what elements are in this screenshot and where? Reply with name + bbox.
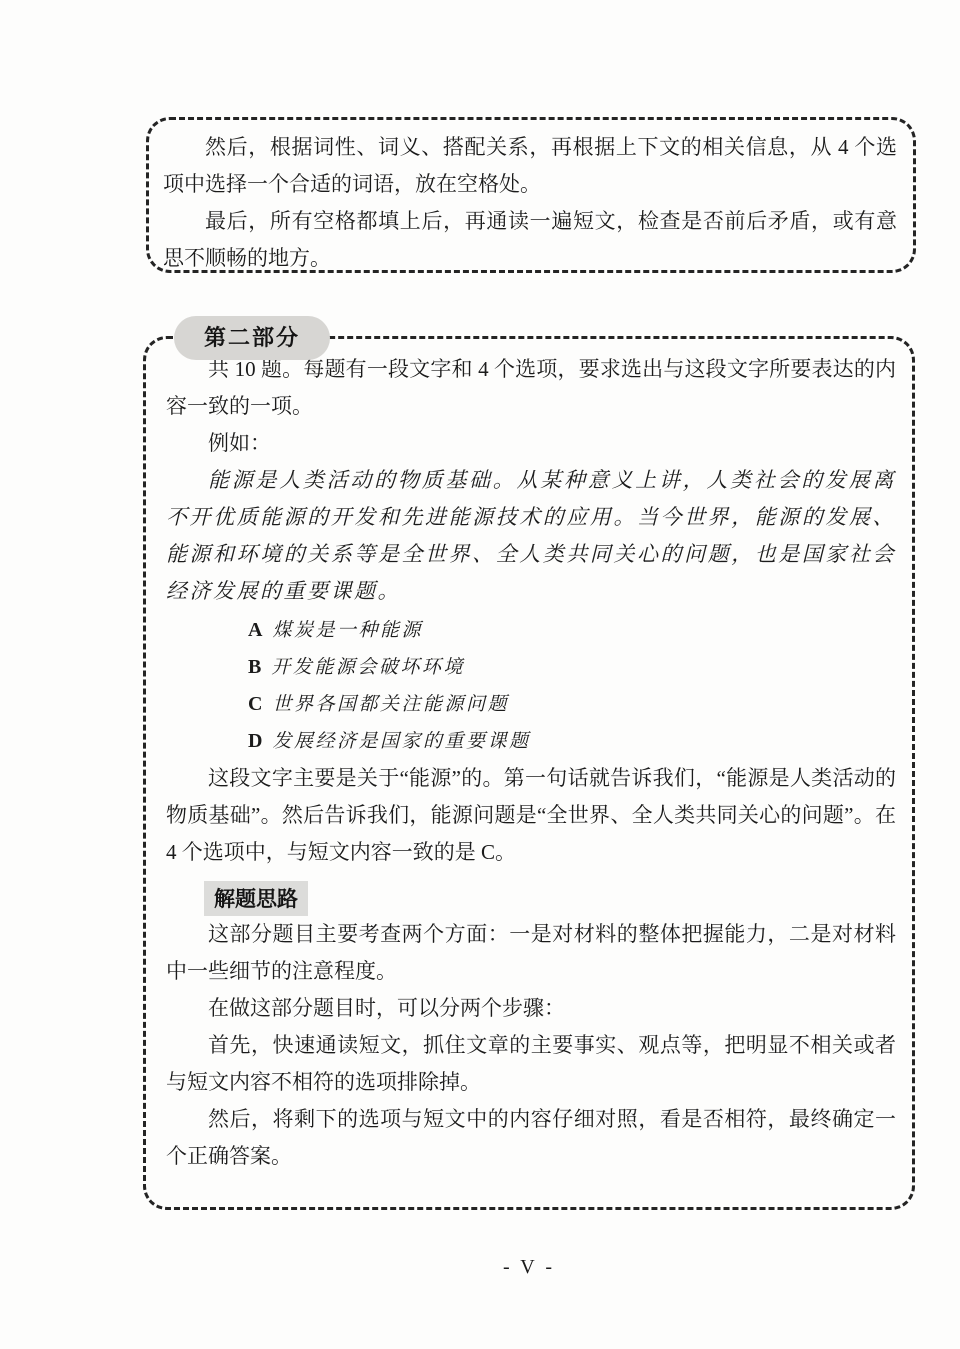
option-text: 发展经济是国家的重要课题 (272, 731, 530, 752)
scanned-book-page: 然后，根据词性、词义、搭配关系，再根据上下文的相关信息，从 4 个选项中选择一个… (0, 0, 960, 1349)
option-text: 煤炭是一种能源 (272, 620, 423, 641)
solving-approach-paragraph: 在做这部分题目时，可以分两个步骤： (166, 990, 896, 1027)
solving-approach-heading: 解题思路 (204, 881, 308, 916)
word-fill-tips-box: 然后，根据词性、词义、搭配关系，再根据上下文的相关信息，从 4 个选项中选择一个… (146, 117, 916, 273)
solving-approach-paragraph: 这部分题目主要考查两个方面：一是对材料的整体把握能力，二是对材料中一些细节的注意… (166, 916, 896, 990)
option-letter: C (248, 693, 262, 715)
part2-intro-paragraph: 共 10 题。每题有一段文字和 4 个选项，要求选出与这段文字所要表达的内容一致… (166, 351, 896, 425)
tips-paragraph: 最后，所有空格都填上后，再通读一遍短文，检查是否前后矛盾，或有意思不顺畅的地方。 (163, 203, 897, 277)
option-row-c: C世界各国都关注能源问题 (248, 686, 896, 723)
page-number: - V - (143, 1256, 915, 1279)
tips-paragraph: 然后，根据词性、词义、搭配关系，再根据上下文的相关信息，从 4 个选项中选择一个… (163, 129, 897, 203)
example-label: 例如： (166, 425, 896, 462)
option-row-d: D发展经济是国家的重要课题 (248, 723, 896, 760)
option-row-a: A煤炭是一种能源 (248, 612, 896, 649)
part2-section-box: 第二部分 共 10 题。每题有一段文字和 4 个选项，要求选出与这段文字所要表达… (143, 336, 915, 1210)
part2-badge: 第二部分 (174, 316, 330, 360)
options-list: A煤炭是一种能源 B开发能源会破坏环境 C世界各国都关注能源问题 D发展经济是国… (166, 612, 896, 760)
solving-approach-paragraph: 然后，将剩下的选项与短文中的内容仔细对照，看是否相符，最终确定一个正确答案。 (166, 1101, 896, 1175)
option-text: 世界各国都关注能源问题 (272, 694, 509, 715)
option-letter: B (248, 656, 261, 678)
option-row-b: B开发能源会破坏环境 (248, 649, 896, 686)
solving-approach-paragraph: 首先，快速通读短文，抓住文章的主要事实、观点等，把明显不相关或者与短文内容不相符… (166, 1027, 896, 1101)
analysis-paragraph: 这段文字主要是关于“能源”的。第一句话就告诉我们，“能源是人类活动的物质基础”。… (166, 760, 896, 871)
option-text: 开发能源会破坏环境 (271, 657, 465, 678)
option-letter: A (248, 619, 262, 641)
option-letter: D (248, 730, 262, 752)
example-passage: 能源是人类活动的物质基础。从某种意义上讲，人类社会的发展离不开优质能源的开发和先… (166, 462, 896, 610)
